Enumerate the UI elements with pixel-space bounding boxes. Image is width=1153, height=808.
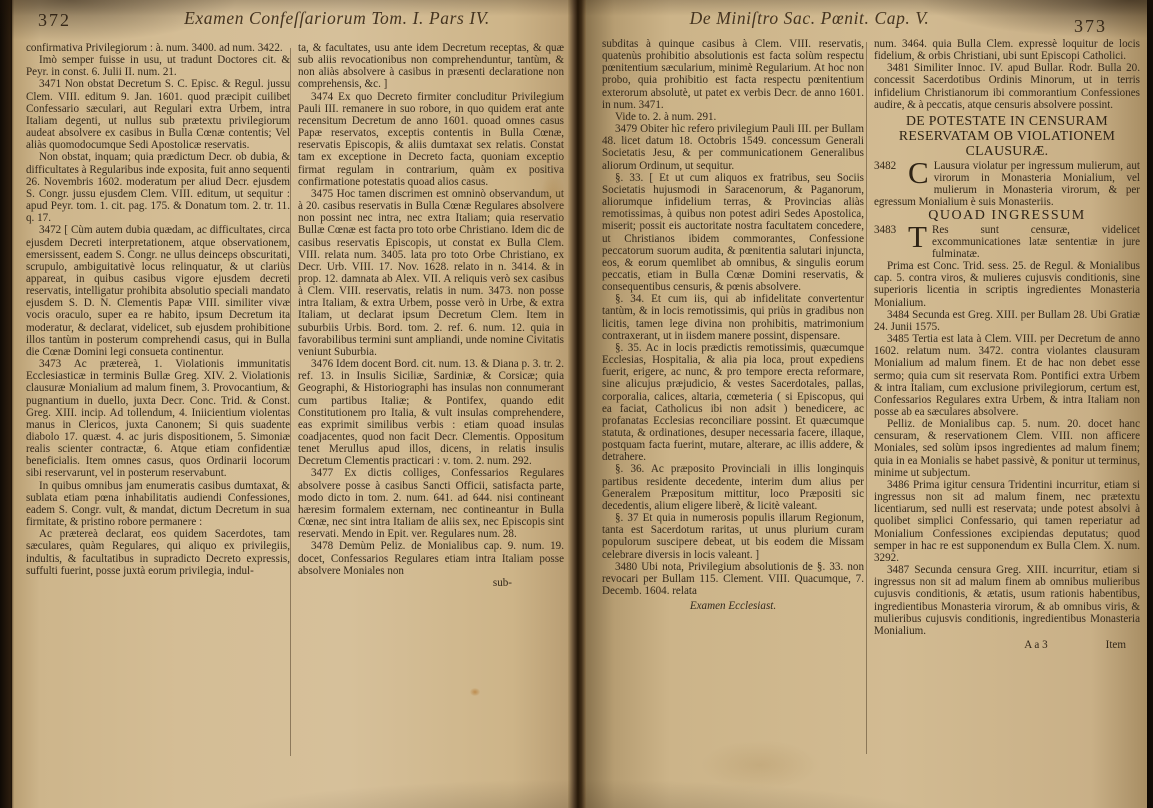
paragraph: subditas à quinque casibus à Clem. VIII.… (602, 38, 864, 111)
paragraph-number: 3482 (874, 160, 896, 172)
paragraph: confirmativa Privilegiorum : à. num. 340… (26, 42, 290, 54)
paragraph: Imò semper fuisse in usu, ut tradunt Doc… (26, 54, 290, 78)
paragraph: §. 36. Ac præposito Provinciali in illis… (602, 463, 864, 512)
paragraph: Ac prætereà declarat, eos quidem Sacerdo… (26, 528, 290, 577)
binding-edge-right (1147, 0, 1153, 808)
paragraph: 3475 Hoc tamen discrimen est omninò obse… (298, 188, 564, 358)
paragraph: 3480 Ubi nota, Privilegium absolutionis … (602, 561, 864, 597)
paragraph: 3485 Tertia est lata à Clem. VIII. per D… (874, 333, 1140, 418)
paragraph: §. 37 Et quia in numerosis populis illar… (602, 512, 864, 561)
paragraph: 3477 Ex dictis colliges, Confessarios Re… (298, 467, 564, 540)
paragraph: Vide to. 2. à num. 291. (602, 111, 864, 123)
paragraph: §. 35. Ac in locis prædictis remotissimi… (602, 342, 864, 464)
right-page-number: 373 (1074, 16, 1107, 37)
paragraph: 3478 Demùm Peliz. de Monialibus cap. 9. … (298, 540, 564, 576)
paragraph: T3483Res sunt censuræ, videlicet excommu… (874, 224, 1140, 260)
left-page-number: 372 (38, 10, 71, 31)
paragraph: 3481 Similiter Innoc. IV. apud Bullar. R… (874, 62, 1140, 111)
paragraph: A a 3Item (874, 639, 1140, 651)
column-divider-rule (290, 48, 291, 756)
paragraph: In quibus omnibus jam enumeratis casibus… (26, 480, 290, 529)
paragraph: §. 33. [ Et ut cum aliquos ex fratribus,… (602, 172, 864, 294)
paragraph: 3472 [ Cùm autem dubia quædam, ac diffic… (26, 224, 290, 358)
paragraph: 3479 Obiter hìc refero privilegium Pauli… (602, 123, 864, 172)
paragraph: 3487 Secunda censura Greg. XIII. incurri… (874, 564, 1140, 637)
paragraph: 3476 Idem docent Bord. cit. num. 13. & D… (298, 358, 564, 467)
paragraph: Prima est Conc. Trid. sess. 25. de Regul… (874, 260, 1140, 309)
left-page-column-1: confirmativa Privilegiorum : à. num. 340… (26, 42, 290, 798)
signature-mark: A a 3 (1024, 639, 1047, 651)
right-page-column-2: num. 3464. quia Bulla Clem. expressè loq… (874, 38, 1140, 798)
paragraph: Examen Ecclesiast. (602, 600, 864, 612)
right-page: 373 De Miniſtro Sac. Pœnit. Cap. V. subd… (586, 0, 1147, 808)
right-page-column-1: subditas à quinque casibus à Clem. VIII.… (602, 38, 864, 798)
paragraph: sub- (298, 577, 564, 589)
book-scan: 372 Examen Confeſſariorum Tom. I. Pars I… (0, 0, 1153, 808)
drop-cap: T (908, 225, 927, 249)
paragraph: num. 3464. quia Bulla Clem. expressè loq… (874, 38, 1140, 62)
book-gutter-shadow (568, 0, 586, 808)
right-running-title: De Miniſtro Sac. Pœnit. Cap. V. (592, 8, 1027, 29)
paragraph: 3471 Non obstat Decretum S. C. Episc. & … (26, 78, 290, 151)
paragraph: Non obstat, inquam; quia prædictum Decr.… (26, 151, 290, 224)
binding-edge-left (0, 0, 14, 808)
left-page: 372 Examen Confeſſariorum Tom. I. Pars I… (12, 0, 568, 808)
paragraph: ta, & facultates, usu ante idem Decretum… (298, 42, 564, 91)
paragraph: §. 34. Et cum iis, qui ab infidelitate c… (602, 293, 864, 342)
left-page-column-2: ta, & facultates, usu ante idem Decretum… (298, 42, 564, 798)
paragraph: C3482Lausura violatur per ingressum muli… (874, 160, 1140, 209)
drop-cap: C (908, 161, 929, 185)
section-heading: DE POTESTATE IN CENSURAM RESERVATAM OB V… (874, 113, 1140, 159)
paragraph: Pelliz. de Monialibus cap. 5. num. 20. d… (874, 418, 1140, 479)
left-running-title: Examen Confeſſariorum Tom. I. Pars IV. (122, 8, 552, 29)
paragraph: 3484 Secunda est Greg. XIII. per Bullam … (874, 309, 1140, 333)
paragraph: 3474 Ex quo Decreto firmiter concluditur… (298, 91, 564, 188)
paragraph: 3473 Ac prætereà, 1. Violationis immunit… (26, 358, 290, 480)
paragraph: 3486 Prima igitur censura Tridentini inc… (874, 479, 1140, 564)
paragraph-number: 3483 (874, 224, 896, 236)
catchword: Item (1106, 639, 1126, 651)
column-divider-rule (866, 42, 867, 754)
